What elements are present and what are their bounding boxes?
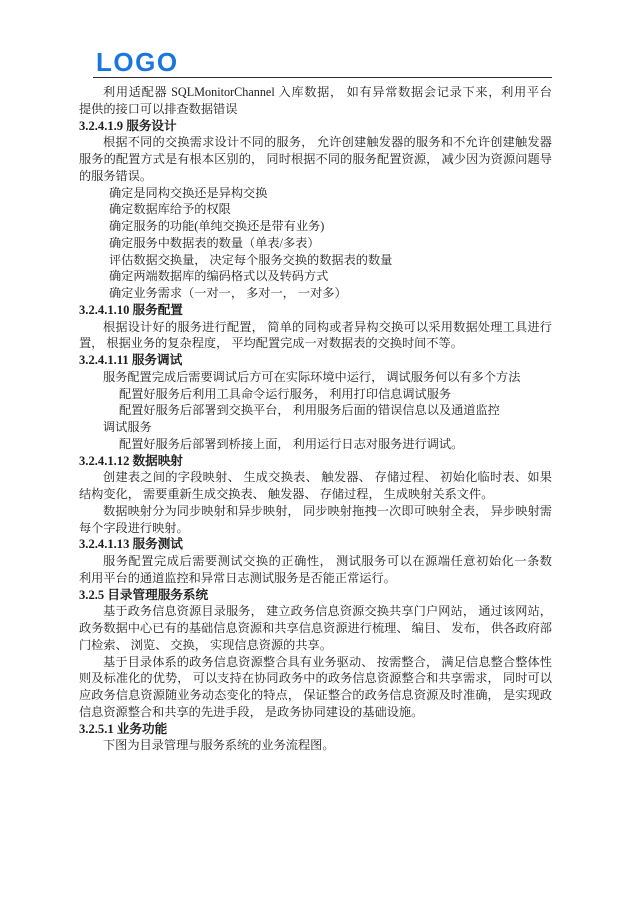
paragraph-line: 确定业务需求（一对一， 多对一， 一对多） bbox=[79, 285, 552, 302]
paragraph-line: 下图为目录管理与服务系统的业务流程图。 bbox=[79, 737, 552, 754]
paragraph-line: 根据不同的交换需求设计不同的服务， 允许创建触发器的服务和不允许创建触发器的 bbox=[79, 134, 552, 151]
header-divider bbox=[93, 77, 552, 78]
paragraph-line: 确定服务的功能(单纯交换还是带有业务) bbox=[79, 218, 552, 235]
section-heading: 3.2.5 目录管理服务系统 bbox=[79, 587, 552, 604]
paragraph-line: 服务的配置方式是有根本区别的， 同时根据不同的服务配置资源， 减少因为资源问题导… bbox=[79, 151, 552, 168]
section-heading: 3.2.4.1.10 服务配置 bbox=[79, 302, 552, 319]
paragraph-line: 数据映射分为同步映射和异步映射， 同步映射拖拽一次即可映射全表， 异步映射需要 bbox=[79, 503, 552, 520]
paragraph-line: 的服务错误。 bbox=[79, 168, 552, 185]
section-heading: 3.2.5.1 业务功能 bbox=[79, 721, 552, 738]
paragraph-line: 调试服务 bbox=[79, 419, 552, 436]
paragraph-line: 置， 根据业务的复杂程度， 平均配置完成一对数据表的交换时间不等。 bbox=[79, 335, 552, 352]
paragraph-line: 服务配置完成后需要调试后方可在实际环境中运行， 调试服务何以有多个方法 bbox=[79, 369, 552, 386]
paragraph-line: 确定是同构交换还是异构交换 bbox=[79, 185, 552, 202]
paragraph-line: 基于目录体系的政务信息资源整合具有业务驱动、 按需整合， 满足信息整合整体性原 bbox=[79, 654, 552, 671]
paragraph-line: 门检索、 浏览、 交换， 实现信息资源的共享。 bbox=[79, 637, 552, 654]
paragraph-line: 配置好服务后部署到交换平台， 利用服务后面的错误信息以及通道监控 bbox=[79, 402, 552, 419]
section-heading: 3.2.4.1.13 服务测试 bbox=[79, 536, 552, 553]
paragraph-line: 评估数据交换量， 决定每个服务交换的数据表的数量 bbox=[79, 252, 552, 269]
paragraph-line: 配置好服务后部署到桥接上面， 利用运行日志对服务进行调试。 bbox=[79, 436, 552, 453]
paragraph-line: 服务配置完成后需要测试交换的正确性， 测试服务可以在源端任意初始化一条数据， bbox=[79, 553, 552, 570]
paragraph-line: 利用适配器 SQLMonitorChannel 入库数据， 如有异常数据会记录下… bbox=[79, 84, 552, 101]
paragraph-line: 确定两端数据库的编码格式以及转码方式 bbox=[79, 268, 552, 285]
logo: LOGO bbox=[96, 49, 179, 75]
section-heading: 3.2.4.1.11 服务调试 bbox=[79, 352, 552, 369]
document-page: LOGO 利用适配器 SQLMonitorChannel 入库数据， 如有异常数… bbox=[0, 0, 640, 906]
paragraph-line: 确定服务中数据表的数量（单表/多表） bbox=[79, 235, 552, 252]
paragraph-line: 配置好服务后利用工具命令运行服务， 利用打印信息调试服务 bbox=[79, 386, 552, 403]
section-heading: 3.2.4.1.12 数据映射 bbox=[79, 453, 552, 470]
paragraph-line: 根据设计好的服务进行配置， 简单的同构或者异构交换可以采用数据处理工具进行配 bbox=[79, 319, 552, 336]
paragraph-line: 则及标准化的优势， 可以支持在协同政务中的政务信息资源整合和共享需求， 同时可以… bbox=[79, 670, 552, 687]
paragraph-line: 结构变化， 需要重新生成交换表、 触发器、 存储过程， 生成映射关系文件。 bbox=[79, 486, 552, 503]
paragraph-line: 政务数据中心已有的基础信息资源和共享信息资源进行梳理、 编目、 发布， 供各政府… bbox=[79, 620, 552, 637]
paragraph-line: 每个字段进行映射。 bbox=[79, 520, 552, 537]
document-body: 利用适配器 SQLMonitorChannel 入库数据， 如有异常数据会记录下… bbox=[79, 84, 552, 754]
paragraph-line: 确定数据库给予的权限 bbox=[79, 201, 552, 218]
paragraph-line: 创建表之间的字段映射、 生成交换表、 触发器、 存储过程、 初始化临时表、如果表 bbox=[79, 469, 552, 486]
paragraph-line: 基于政务信息资源目录服务， 建立政务信息资源交换共享门户网站， 通过该网站， 对 bbox=[79, 603, 552, 620]
section-heading: 3.2.4.1.9 服务设计 bbox=[79, 118, 552, 135]
paragraph-line: 利用平台的通道监控和异常日志测试服务是否能正常运行。 bbox=[79, 570, 552, 587]
paragraph-line: 信息资源整合和共享的先进手段， 是政务协同建设的基础设施。 bbox=[79, 704, 552, 721]
paragraph-line: 应政务信息资源随业务动态变化的特点， 保证整合的政务信息资源及时准确， 是实现政… bbox=[79, 687, 552, 704]
paragraph-line: 提供的接口可以排查数据错误 bbox=[79, 101, 552, 118]
